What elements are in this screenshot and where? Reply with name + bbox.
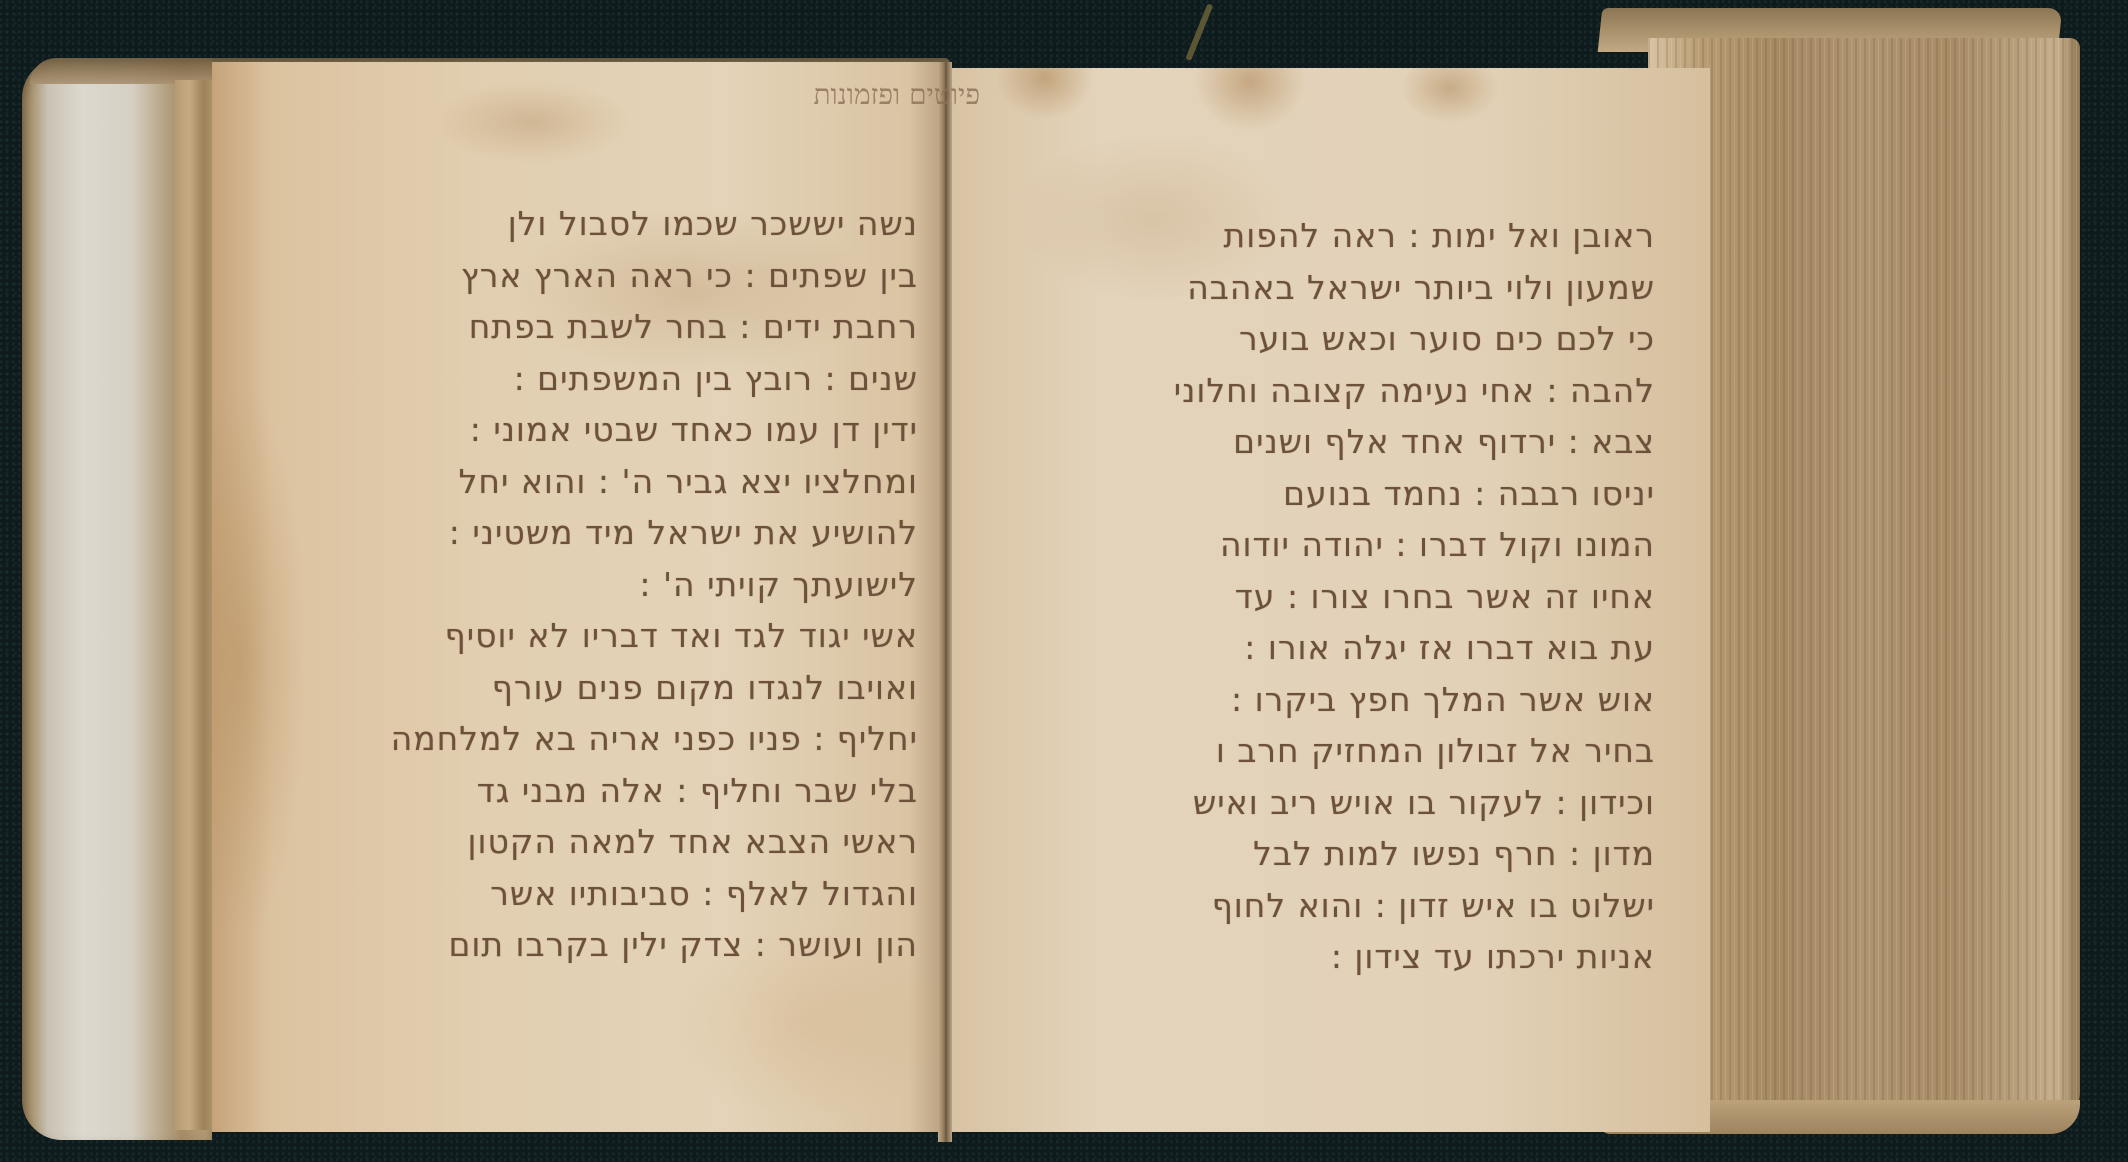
- text-line: אחיו זה אשר בחרו צורו : עד: [965, 571, 1655, 623]
- text-line: שמעון ולוי ביותר ישראל באהבה: [965, 262, 1655, 314]
- book-gutter: [938, 62, 952, 1142]
- text-line: יניסו רבבה : נחמד בנועם: [965, 468, 1655, 520]
- text-line: בין שפתים : כי ראה הארץ ארץ: [318, 250, 918, 302]
- fore-edge-page-stack: [1648, 38, 2080, 1132]
- text-line: שנים : רובץ בין המשפתים :: [318, 353, 918, 405]
- text-line: לישועתך קויתי ה' :: [318, 559, 918, 611]
- running-head: פיוטים ופזמונות: [720, 78, 980, 112]
- text-line: הון ועושר : צדק ילין בקרבו תום: [318, 919, 918, 971]
- text-line: ראשי הצבא אחד למאה הקטון: [318, 816, 918, 868]
- bookmark-string: [1185, 3, 1213, 61]
- text-line: עת בוא דברו אז יגלה אורו :: [965, 622, 1655, 674]
- text-line: צבא : ירדוף אחד אלף ושנים: [965, 416, 1655, 468]
- text-line: אניות ירכתו עד צידון :: [965, 931, 1655, 983]
- right-page-text: ראובן ואל ימות : ראה להפות שמעון ולוי בי…: [965, 210, 1655, 983]
- text-line: אשי יגוד לגד ואד דבריו לא יוסיף: [318, 610, 918, 662]
- text-line: נשה יששכר שכמו לסבול ולן: [318, 198, 918, 250]
- text-line: להושיע את ישראל מיד משטיני :: [318, 507, 918, 559]
- text-line: אוש אשר המלך חפץ ביקרו :: [965, 674, 1655, 726]
- text-line: המונו וקול דברו : יהודה יודוה: [965, 519, 1655, 571]
- text-line: ראובן ואל ימות : ראה להפות: [965, 210, 1655, 262]
- text-line: להבה : אחי נעימה קצובה וחלוני: [965, 365, 1655, 417]
- left-page-text: נשה יששכר שכמו לסבול ולן בין שפתים : כי …: [318, 198, 918, 971]
- text-line: ואויבו לנגדו מקום פנים עורף: [318, 662, 918, 714]
- text-line: בחיר אל זבולון המחזיק חרב ו: [965, 725, 1655, 777]
- text-line: וכידון : לעקור בו אויש ריב ואיש: [965, 777, 1655, 829]
- open-manuscript-book: פיוטים ופזמונות נשה יששכר שכמו לסבול ולן…: [0, 0, 2128, 1162]
- text-line: והגדול לאלף : סביבותיו אשר: [318, 868, 918, 920]
- text-line: כי לכם כים סוער וכאש בוער: [965, 313, 1655, 365]
- text-line: ומחלציו יצא גביר ה' : והוא יחל: [318, 456, 918, 508]
- text-line: ידין דן עמו כאחד שבטי אמוני :: [318, 404, 918, 456]
- text-line: רחבת ידים : בחר לשבת בפתח: [318, 301, 918, 353]
- text-line: בלי שבר וחליף : אלה מבני גד: [318, 765, 918, 817]
- text-line: ישלוט בו איש זדון : והוא לחוף: [965, 880, 1655, 932]
- text-line: יחליף : פניו כפני אריה בא למלחמה: [318, 713, 918, 765]
- text-line: מדון : חרף נפשו למות לבל: [965, 828, 1655, 880]
